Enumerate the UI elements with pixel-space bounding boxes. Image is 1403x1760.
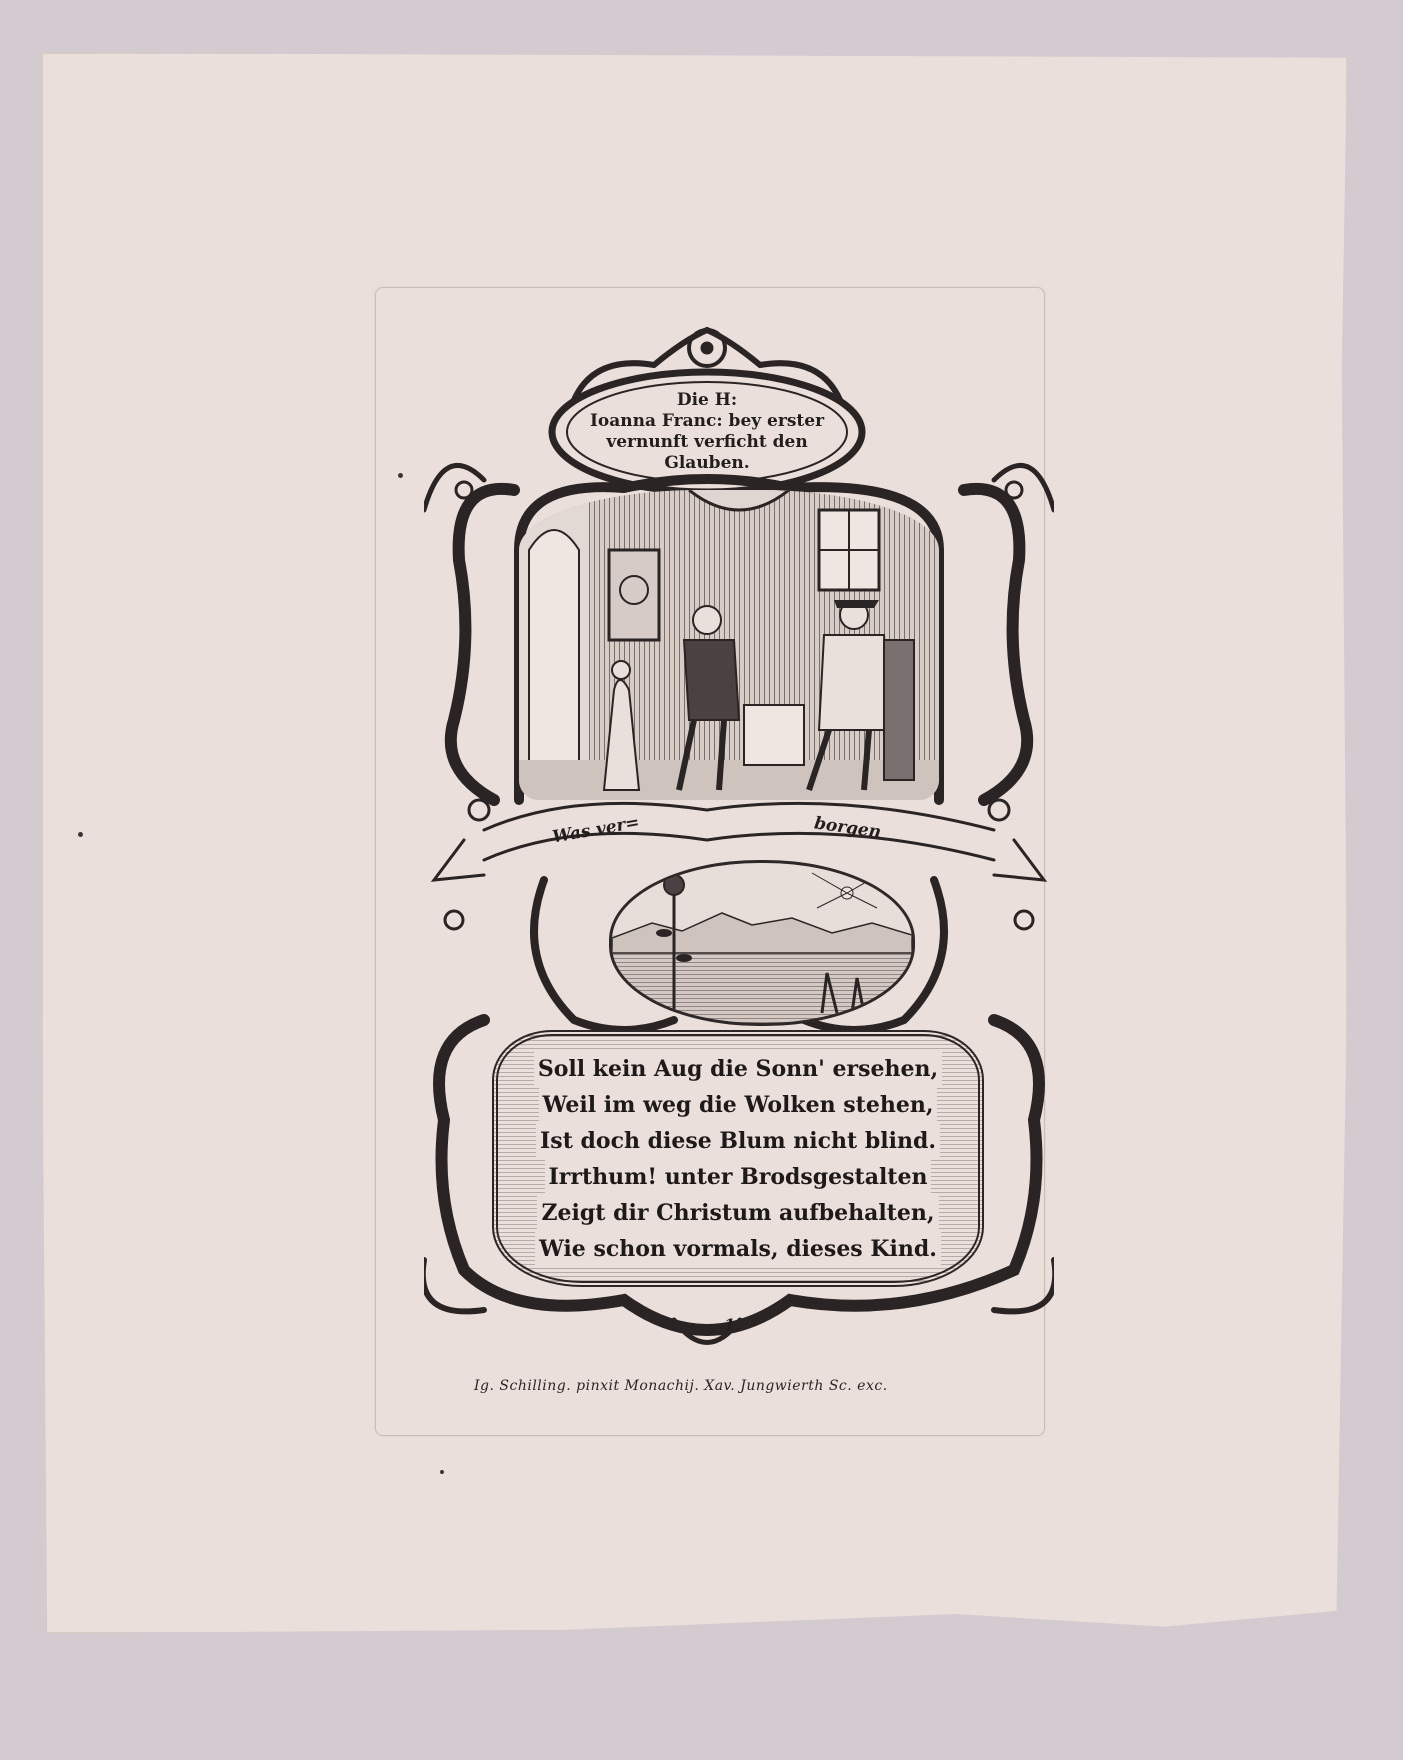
title-line: Die H: xyxy=(677,390,737,411)
ink-speck xyxy=(78,832,83,837)
title-line: vernunft verficht den xyxy=(606,432,807,453)
poem-line: Soll kein Aug die Sonn' ersehen, xyxy=(534,1051,942,1087)
poem-line: Weil im weg die Wolken stehen, xyxy=(539,1087,938,1123)
interior-scene-illustration xyxy=(519,490,939,800)
poem-line: Wie schon vormals, dieses Kind. xyxy=(535,1231,941,1267)
landscape-sunflower-illustration xyxy=(609,860,915,1026)
ink-speck xyxy=(398,473,403,478)
banner-text-right: borgen xyxy=(813,813,882,842)
title-line: Glauben. xyxy=(664,453,749,474)
ink-speck xyxy=(440,1470,444,1474)
poem-cartouche: Soll kein Aug die Sonn' ersehen, Weil im… xyxy=(492,1030,984,1287)
plate-number: 1. xyxy=(724,1315,741,1334)
banner-text-left: Was ver= xyxy=(551,813,641,848)
banner-ribbon: Was ver= borgen xyxy=(514,810,964,850)
title-line: Ioanna Franc: bey erster xyxy=(590,411,824,432)
credit-line: Ig. Schilling. pinxit Monachij. Xav. Jun… xyxy=(474,1378,1064,1394)
engraving: Die H: Ioanna Franc: bey erster vernunft… xyxy=(424,320,1054,1370)
poem-line: Zeigt dir Christum aufbehalten, xyxy=(537,1195,938,1231)
poem-line: Irrthum! unter Brodsgestalten xyxy=(545,1159,932,1195)
poem-line: Ist doch diese Blum nicht blind. xyxy=(536,1123,940,1159)
title-cartouche: Die H: Ioanna Franc: bey erster vernunft… xyxy=(562,378,852,486)
